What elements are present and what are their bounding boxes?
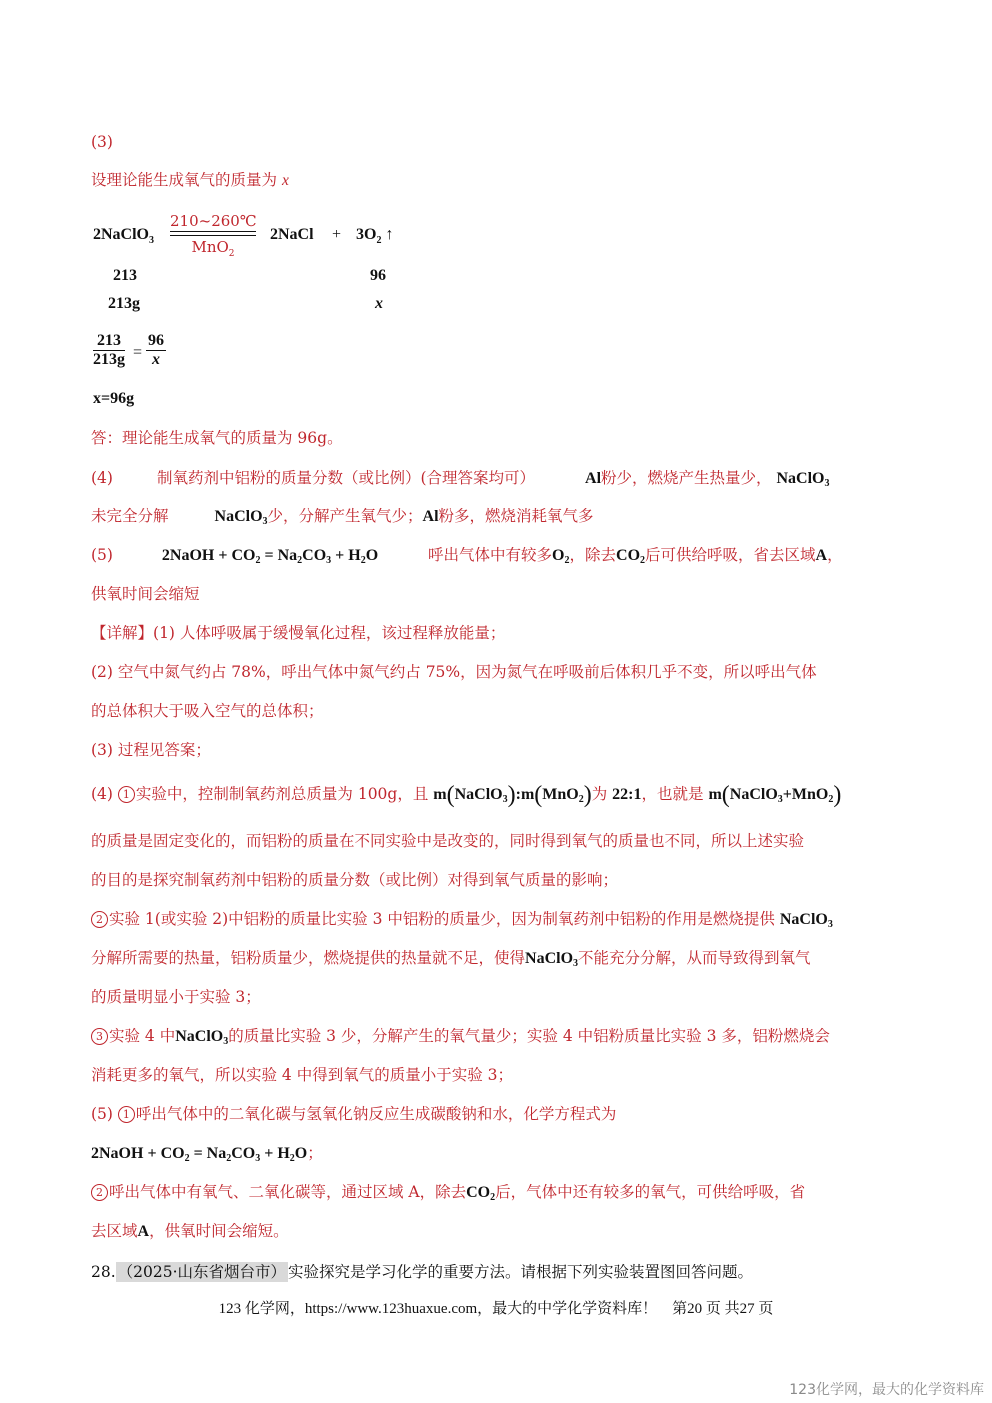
detail-p5-line1: (5) 1呼出气体中的二氧化碳与氢氧化钠反应生成碳酸钠和水，化学方程式为: [91, 1104, 616, 1124]
circled-number-icon: 2: [91, 911, 108, 928]
ratio-row1-left: 213: [113, 267, 137, 285]
watermark: 123化学网，最大的化学资料库: [789, 1379, 984, 1399]
result-x: x=96g: [93, 390, 134, 408]
detail-p4-circ3-line1: 3实验 4 中NaClO3的质量比实验 3 少，分解产生的氧气量少；实验 4 中…: [91, 1026, 830, 1052]
ratio-row1-right: 96: [370, 267, 386, 285]
circled-number-icon: 3: [91, 1028, 108, 1045]
reaction-product-nacl: 2NaCl: [270, 226, 314, 244]
circled-number-icon: 2: [91, 1184, 108, 1201]
ratio-row2-left: 213g: [108, 295, 140, 313]
naoh-co2-equation: 2NaOH + CO2 = Na2CO3 + H2O: [162, 547, 378, 564]
gas-arrow-icon: ↑: [385, 226, 393, 243]
question-text: 实验探究是学习化学的重要方法。请根据下列实验装置图回答问题。: [288, 1263, 753, 1281]
circled-number-icon: 1: [118, 786, 135, 803]
circled-number-icon: 1: [118, 1106, 135, 1123]
part5-line2: 供氧时间会缩短: [91, 584, 200, 604]
reaction-product-o2: 3O2 ↑: [356, 226, 393, 246]
detail-p3: (3) 过程见答案；: [91, 740, 211, 760]
part3-label: (3): [91, 132, 113, 152]
part3-answer: 答：理论能生成氧气的质量为 96g。: [91, 428, 343, 448]
fraction-equals: =: [133, 344, 142, 362]
detail-p4-circ2-line3: 的质量明显小于实验 3；: [91, 987, 261, 1007]
detail-p5-line3: 2呼出气体中有氧气、二氧化碳等，通过区域 A，除去CO2后，气体中还有较多的氧气…: [91, 1182, 805, 1208]
detail-p4-line2: 的质量是固定变化的，而铝粉的质量在不同实验中是改变的，同时得到氧气的质量也不同，…: [91, 831, 804, 851]
page-footer: 123 化学网，https://www.123huaxue.com，最大的中学化…: [0, 1297, 992, 1318]
detail-p4-circ2-line1: 2实验 1(或实验 2)中铝粉的质量比实验 3 中铝粉的质量少，因为制氧药剂中铝…: [91, 909, 833, 935]
detail-p5-equation: 2NaOH + CO2 = Na2CO3 + H2O；: [91, 1143, 323, 1169]
ratio-row2-right: x: [375, 295, 383, 313]
part4-line1: (4)制氧药剂中铝粉的质量分数（或比例）(合理答案均可）Al粉少，燃烧产生热量少…: [91, 468, 829, 494]
detail-p2-line1: (2) 空气中氮气约占 78%，呼出气体中氮气约占 75%，因为氮气在呼吸前后体…: [91, 662, 817, 682]
reaction-reactant: 2NaClO3: [93, 226, 154, 246]
document-page: (3) 设理论能生成氧气的质量为 x 2NaClO3 210~260℃ MnO2…: [0, 0, 992, 1403]
footer-site-text: 123 化学网，https://www.123huaxue.com，最大的中学化…: [219, 1301, 658, 1317]
detail-p4-line1: (4) 1实验中，控制制氧药剂总质量为 100g，且 m(NaClO3):m(M…: [91, 784, 841, 810]
detail-p4-circ2-line2: 分解所需要的热量，铝粉质量少，燃烧提供的热量就不足，使得NaClO3不能充分分解…: [91, 948, 811, 974]
fraction-right: 96 x: [146, 332, 166, 369]
question-number: 28.: [91, 1263, 116, 1281]
reaction-condition: 210~260℃ MnO2: [170, 212, 256, 259]
detail-p1: 【详解】(1) 人体呼吸属于缓慢氧化过程，该过程释放能量；: [91, 623, 505, 643]
page-number: 第20 页 共27 页: [672, 1301, 773, 1317]
detail-tag: 【详解】: [91, 624, 153, 642]
part5-line1: (5) 2NaOH + CO2 = Na2CO3 + H2O 呼出气体中有较多O…: [91, 545, 843, 571]
detail-p4-circ3-line2: 消耗更多的氧气，所以实验 4 中得到氧气的质量小于实验 3；: [91, 1065, 513, 1085]
detail-p5-line4: 去区域A，供氧时间会缩短。: [91, 1221, 289, 1242]
fraction-left: 213 213g: [93, 332, 125, 369]
reaction-plus: +: [332, 226, 341, 244]
part3-assumption: 设理论能生成氧气的质量为 x: [91, 170, 289, 191]
source-citation: （2025·山东省烟台市）: [116, 1262, 288, 1282]
question-28: 28.（2025·山东省烟台市）实验探究是学习化学的重要方法。请根据下列实验装置…: [91, 1262, 753, 1282]
detail-p2-line2: 的总体积大于吸入空气的总体积；: [91, 701, 324, 721]
part4-line2: 未完全分解NaClO3少，分解产生氧气少；Al粉多，燃烧消耗氧气多: [91, 506, 594, 532]
detail-p4-line3: 的目的是探究制氧药剂中铝粉的质量分数（或比例）对得到氧气质量的影响；: [91, 870, 618, 890]
